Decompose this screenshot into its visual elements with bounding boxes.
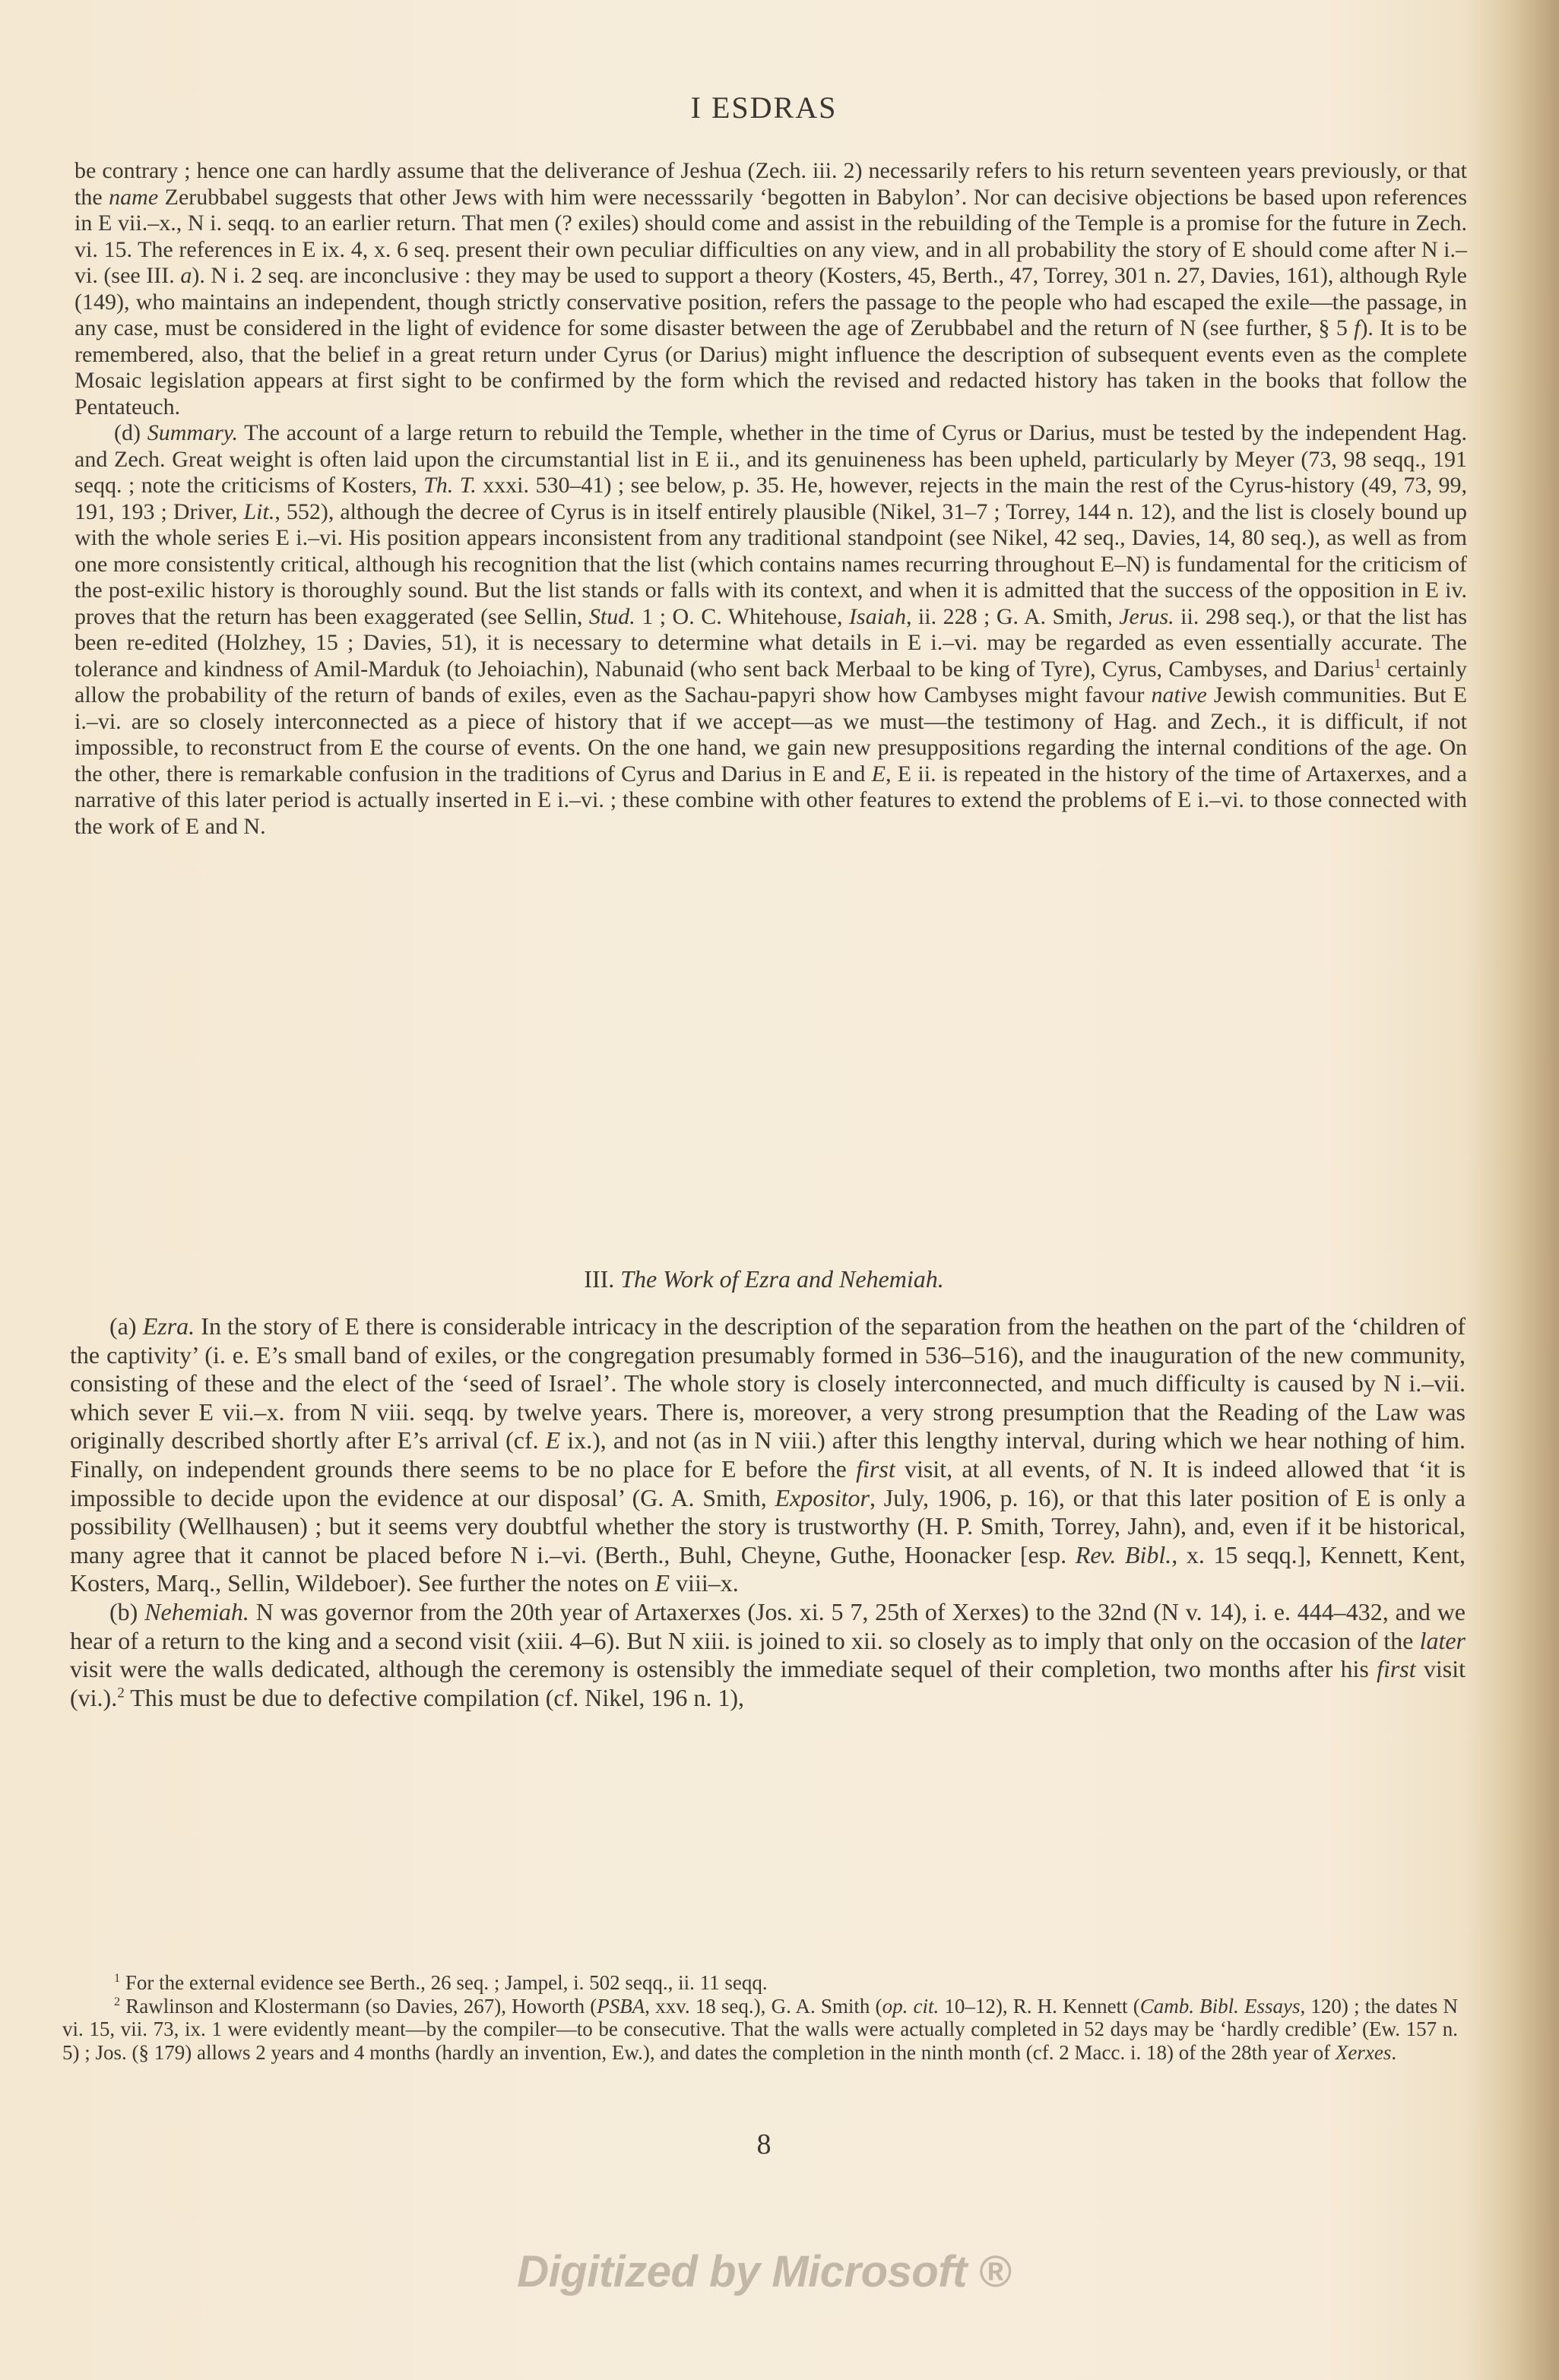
footnote-2: 2 Rawlinson and Klostermann (so Davies, … bbox=[62, 1995, 1458, 2065]
digitization-watermark: Digitized by Microsoft ® bbox=[0, 2246, 1528, 2297]
scanned-page: I ESDRAS be contrary ; hence one can har… bbox=[0, 0, 1559, 2380]
paragraph-label: (a) bbox=[109, 1312, 143, 1340]
italic-text: E bbox=[655, 1569, 670, 1597]
paragraph-summary: (d) Summary. The account of a large retu… bbox=[74, 420, 1467, 840]
paragraph-nehemiah: (b) Nehemiah. N was governor from the 20… bbox=[70, 1598, 1466, 1712]
footnote-marker: 1 bbox=[1374, 656, 1381, 671]
text-run: , xxv. 18 seq.), G. A. Smith ( bbox=[645, 1995, 882, 2018]
page-number: 8 bbox=[0, 2128, 1528, 2161]
paragraph-title: Ezra. bbox=[143, 1312, 195, 1340]
text-run: This must be due to defective compilatio… bbox=[125, 1684, 744, 1711]
text-run: Rawlinson and Klostermann (so Davies, 26… bbox=[120, 1995, 597, 2018]
italic-text: Isaiah bbox=[849, 604, 906, 629]
body-text-block-1: be contrary ; hence one can hardly assum… bbox=[74, 158, 1467, 840]
italic-text: Jerus. bbox=[1119, 604, 1174, 629]
footnote-1: 1 For the external evidence see Berth., … bbox=[62, 1971, 1458, 1995]
italic-text: Lit. bbox=[243, 499, 274, 524]
footnote-number: 1 bbox=[114, 1971, 120, 1985]
paragraph-title: Nehemiah. bbox=[144, 1598, 249, 1625]
text-run: , ii. 228 ; G. A. Smith, bbox=[906, 604, 1119, 629]
paragraph-label: (b) bbox=[109, 1598, 144, 1625]
text-run: 1 ; O. C. Whitehouse, bbox=[635, 604, 849, 629]
footnotes: 1 For the external evidence see Berth., … bbox=[62, 1971, 1458, 2064]
footnote-marker: 2 bbox=[117, 1685, 125, 1701]
italic-text: op. cit. bbox=[882, 1995, 940, 2018]
italic-text: Camb. Bibl. Essays bbox=[1140, 1995, 1301, 2018]
italic-text: name bbox=[109, 185, 158, 210]
text-run: ). N i. 2 seq. are inconclusive : they m… bbox=[74, 263, 1467, 340]
italic-text: PSBA bbox=[597, 1995, 645, 2018]
italic-text: Th. T. bbox=[423, 473, 477, 498]
paragraph-label: (d) bbox=[114, 420, 147, 445]
body-text-block-2: (a) Ezra. In the story of E there is con… bbox=[70, 1312, 1466, 1712]
text-run: visit were the walls dedicated, although… bbox=[70, 1655, 1377, 1682]
footnote-number: 2 bbox=[114, 1995, 120, 2008]
section-heading: III. The Work of Ezra and Nehemiah. bbox=[0, 1265, 1528, 1293]
italic-text: E bbox=[546, 1426, 561, 1454]
italic-text: Stud. bbox=[589, 604, 635, 629]
italic-text: E bbox=[872, 761, 886, 786]
footnote-text: For the external evidence see Berth., 26… bbox=[120, 1971, 768, 1994]
italic-text: first bbox=[856, 1455, 895, 1483]
section-number: III. bbox=[584, 1265, 614, 1293]
text-run: viii–x. bbox=[670, 1569, 739, 1597]
italic-text: a bbox=[180, 263, 192, 288]
paragraph-continuation: be contrary ; hence one can hardly assum… bbox=[74, 158, 1467, 420]
text-run: 10–12), R. H. Kennett ( bbox=[939, 1995, 1139, 2018]
paragraph-title: Summary. bbox=[147, 420, 238, 445]
italic-text: Xerxes bbox=[1336, 2041, 1391, 2064]
italic-text: Rev. Bibl. bbox=[1076, 1541, 1172, 1568]
italic-text: native bbox=[1152, 682, 1207, 707]
italic-text: later bbox=[1420, 1627, 1466, 1654]
section-title: The Work of Ezra and Nehemiah. bbox=[620, 1265, 943, 1293]
text-run: . bbox=[1391, 2041, 1396, 2064]
running-head: I ESDRAS bbox=[0, 90, 1528, 125]
italic-text: first bbox=[1377, 1655, 1416, 1682]
text-run: N was governor from the 20th year of Art… bbox=[70, 1598, 1466, 1654]
paragraph-ezra: (a) Ezra. In the story of E there is con… bbox=[70, 1312, 1466, 1598]
italic-text: Expositor bbox=[775, 1484, 870, 1511]
